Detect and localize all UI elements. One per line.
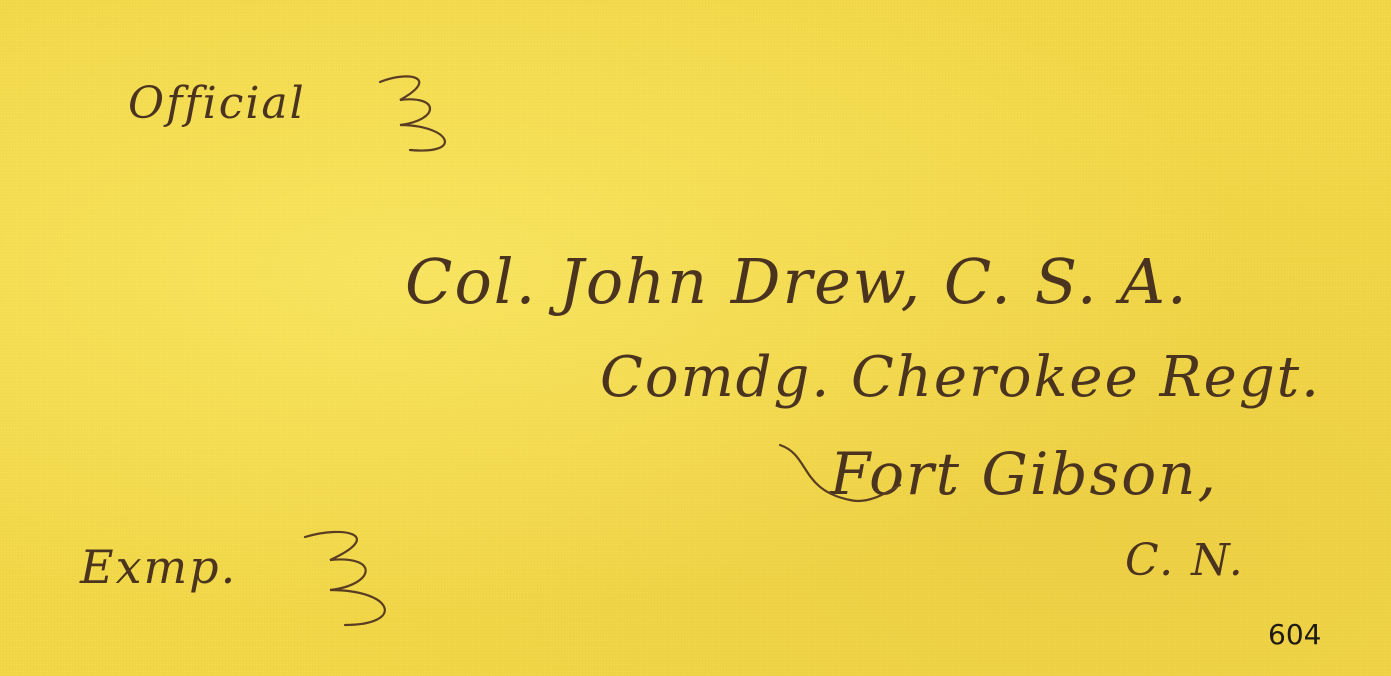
official-notation: Official — [128, 78, 306, 129]
fort-underline-flourish — [770, 430, 910, 520]
addressee-line-4: C. N. — [1125, 535, 1245, 586]
addressee-line-1: Col. John Drew, C. S. A. — [405, 245, 1189, 318]
official-flourish — [370, 70, 470, 160]
addressee-line-2: Comdg. Cherokee Regt. — [600, 345, 1321, 410]
exmp-flourish — [295, 525, 415, 635]
page-number: 604 — [1268, 618, 1321, 651]
exmp-notation: Exmp. — [80, 540, 237, 594]
envelope-scan: Official Col. John Drew, C. S. A. Comdg.… — [0, 0, 1391, 676]
